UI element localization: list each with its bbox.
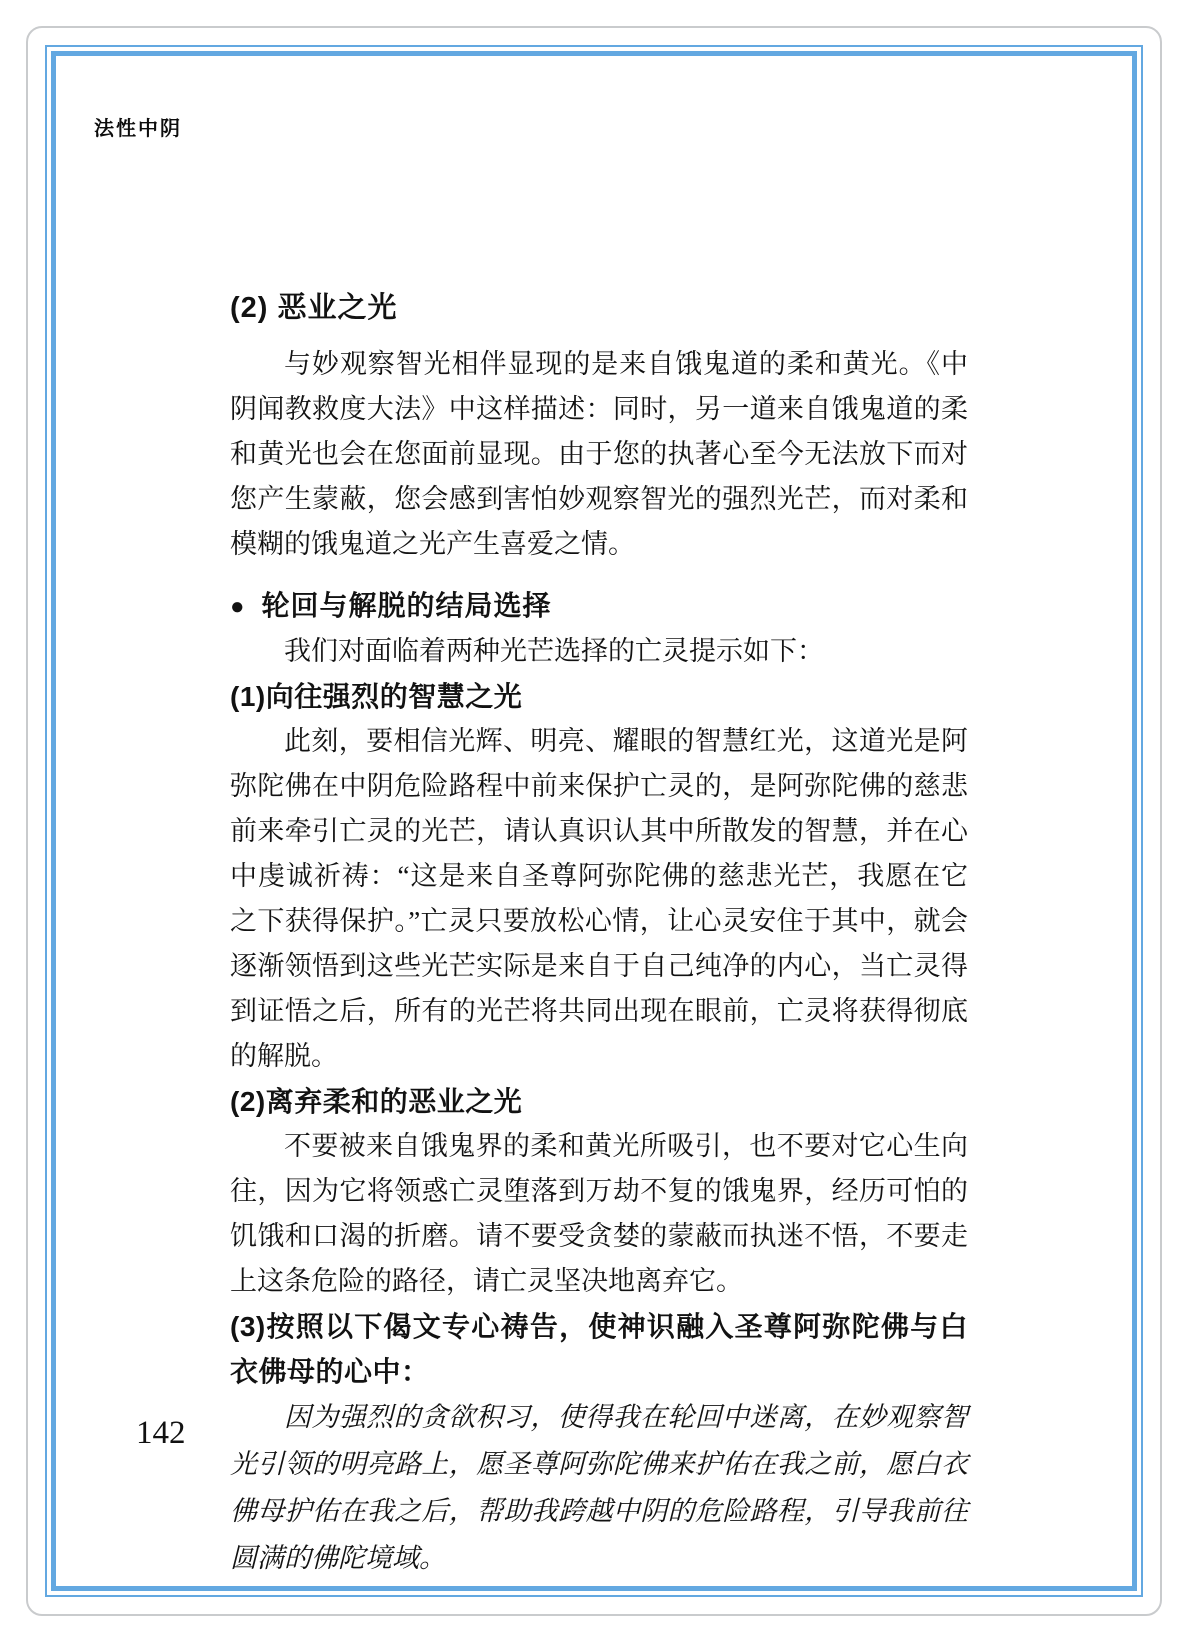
bullet-heading: ●轮回与解脱的结局选择 bbox=[230, 583, 968, 629]
item1-title-wisdom-light: (1)向往强烈的智慧之光 bbox=[230, 674, 968, 719]
item2-title-abandon-soft-light: (2)离弃柔和的恶业之光 bbox=[230, 1079, 968, 1124]
verse-paragraph: 因为强烈的贪欲积习，使得我在轮回中迷离，在妙观察智光引领的明亮路上，愿圣尊阿弥陀… bbox=[230, 1394, 968, 1582]
intro-line: 我们对面临着两种光芒选择的亡灵提示如下： bbox=[230, 629, 968, 674]
scanned-book-page: 法性中阴 (2) 恶业之光 与妙观察智光相伴显现的是来自饿鬼道的柔和黄光。《中阴… bbox=[0, 0, 1188, 1642]
text-column: (2) 恶业之光 与妙观察智光相伴显现的是来自饿鬼道的柔和黄光。《中阴闻教救度大… bbox=[230, 288, 968, 1582]
bullet-icon: ● bbox=[230, 584, 246, 629]
page-number: 142 bbox=[136, 1415, 186, 1452]
item3-title-pray-verse: (3)按照以下偈文专心祷告，使神识融入圣尊阿弥陀佛与白衣佛母的心中： bbox=[230, 1304, 968, 1394]
item1-paragraph: 此刻，要相信光辉、明亮、耀眼的智慧红光，这道光是阿弥陀佛在中阴危险路程中前来保护… bbox=[230, 719, 968, 1079]
paragraph-evil-karma-light: 与妙观察智光相伴显现的是来自饿鬼道的柔和黄光。《中阴闻教救度大法》中这样描述：同… bbox=[230, 342, 968, 567]
bullet-heading-label: 轮回与解脱的结局选择 bbox=[262, 590, 552, 621]
item2-paragraph: 不要被来自饿鬼界的柔和黄光所吸引，也不要对它心生向往，因为它将领惑亡灵堕落到万劫… bbox=[230, 1124, 968, 1304]
content-layer: 法性中阴 (2) 恶业之光 与妙观察智光相伴显现的是来自饿鬼道的柔和黄光。《中阴… bbox=[0, 0, 1188, 1642]
running-header: 法性中阴 bbox=[94, 112, 182, 141]
section-title-evil-karma-light: (2) 恶业之光 bbox=[230, 288, 968, 328]
